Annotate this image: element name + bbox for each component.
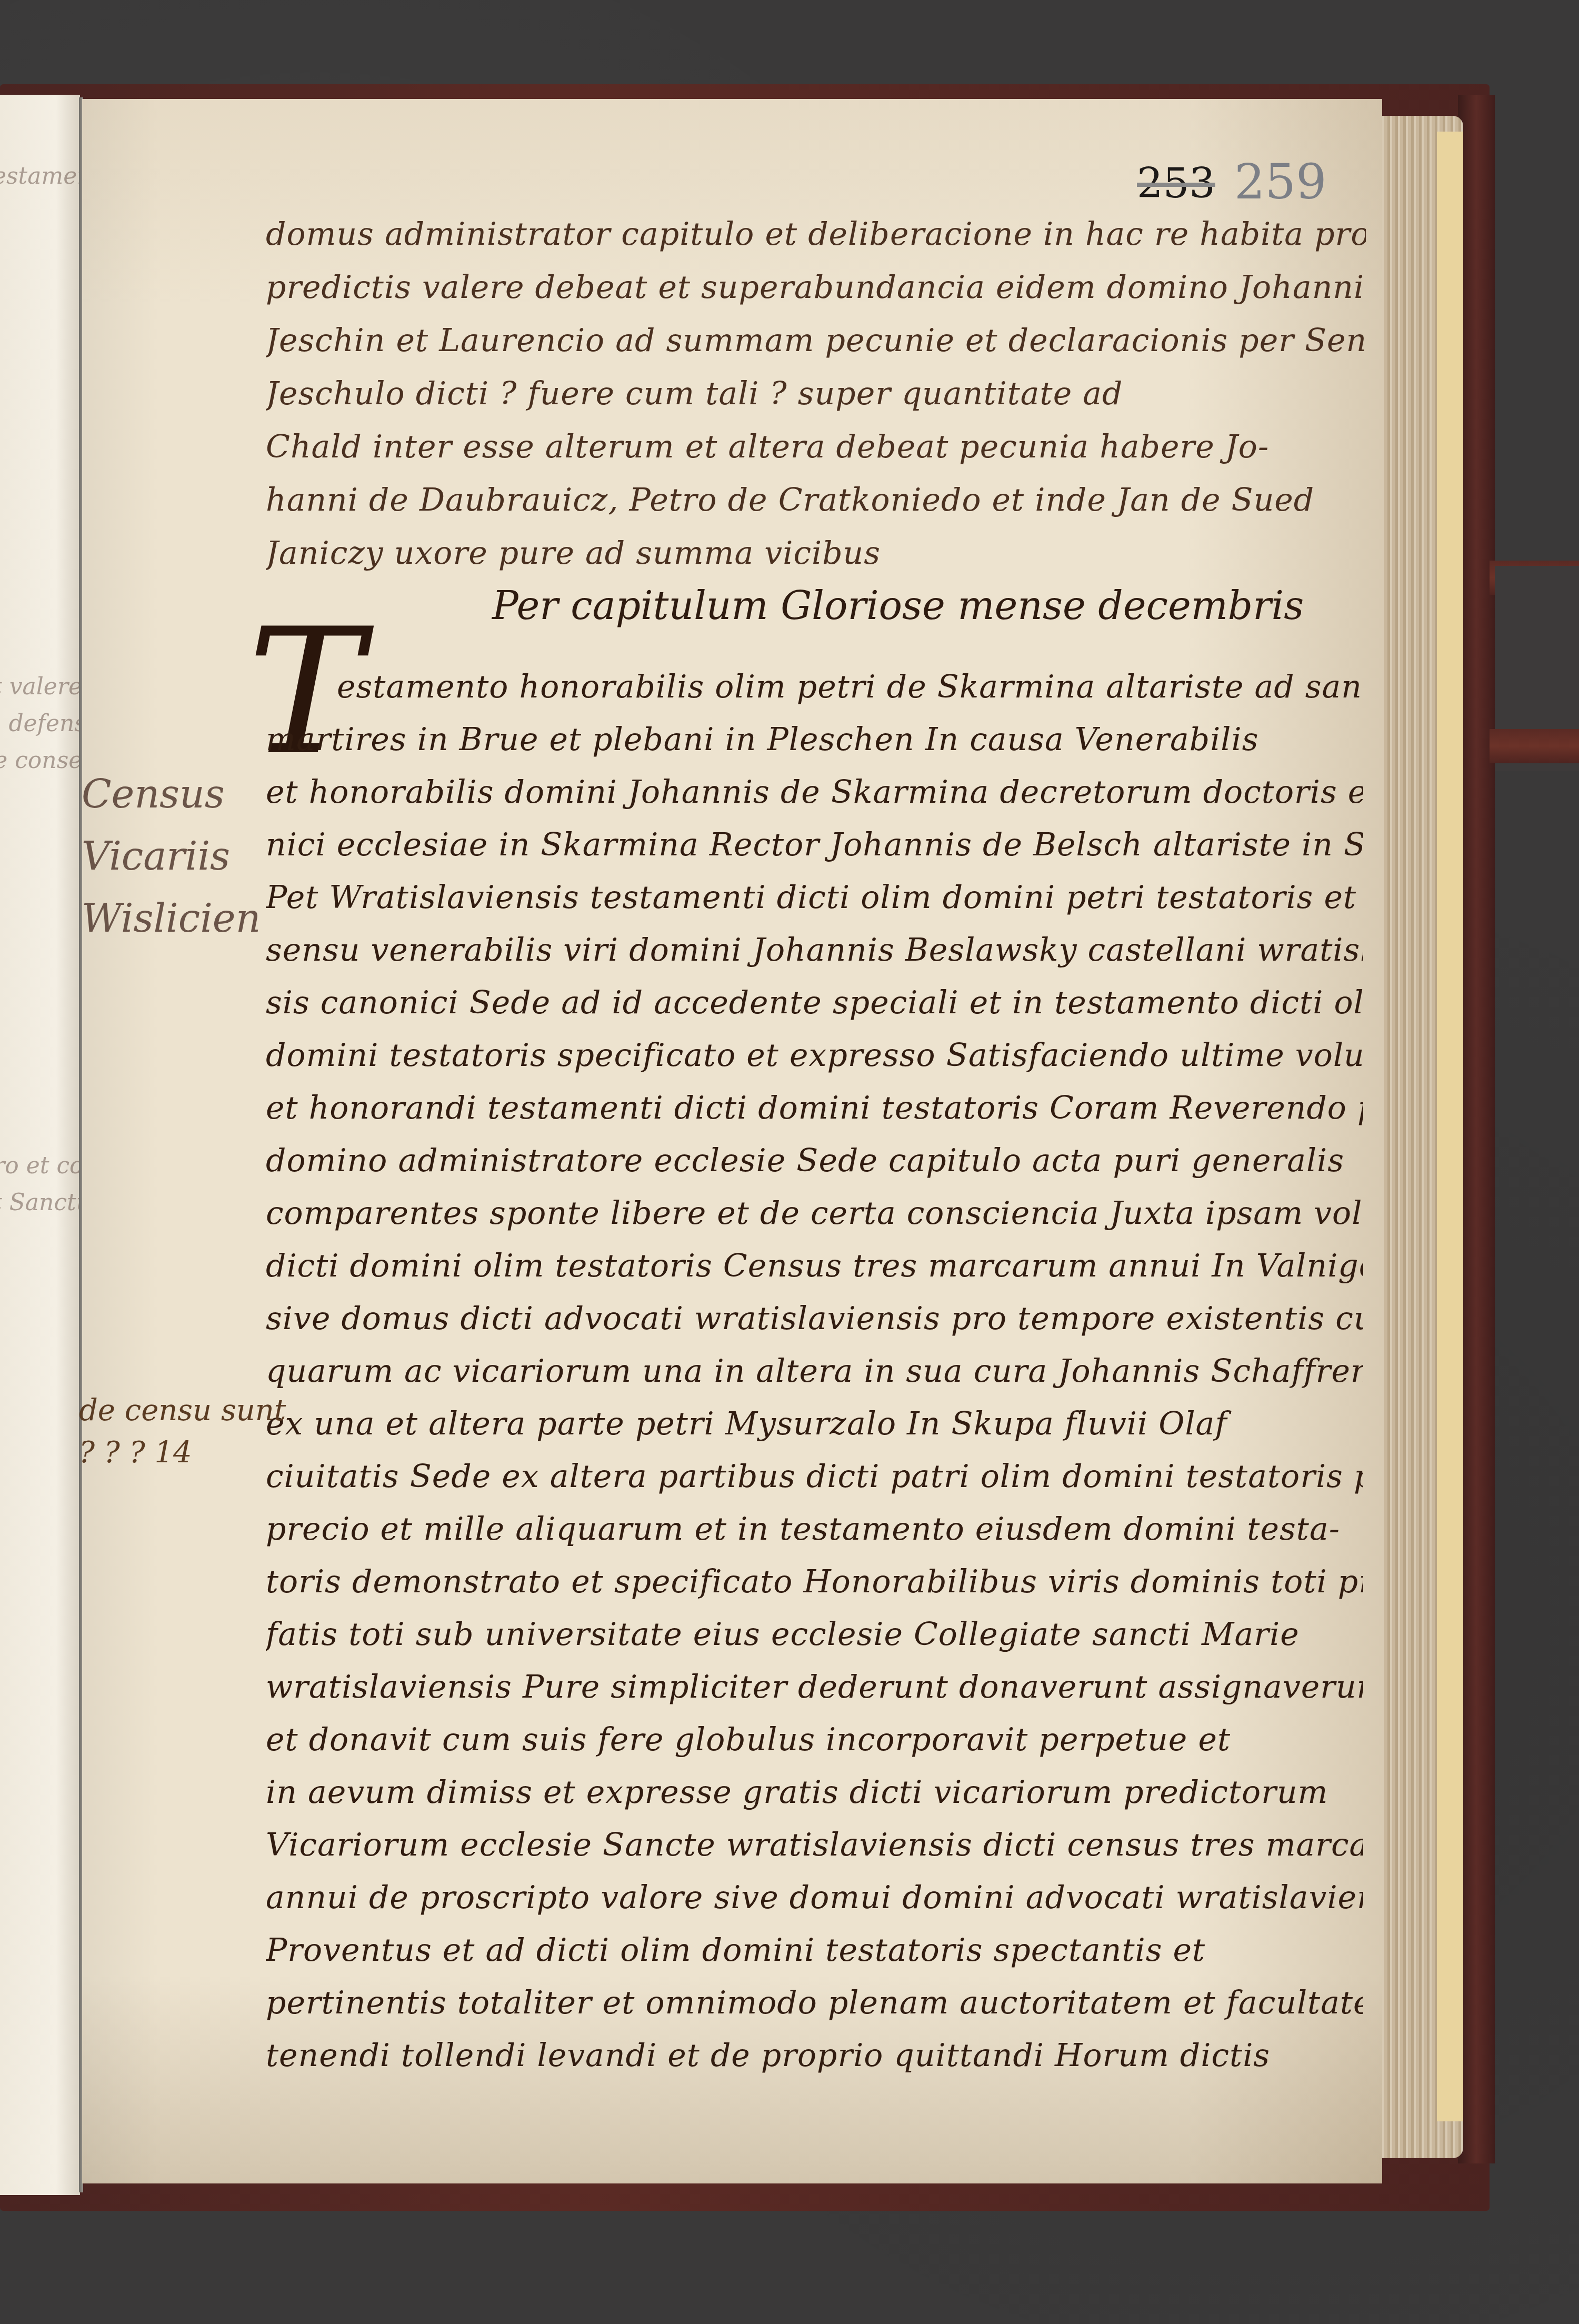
marginal-note-census: Census Vicariis Wislicien [82,763,261,950]
text-line: toris demonstrato et specificato Honorab… [266,1555,1363,1608]
text-line: sensu venerabilis viri domini Johannis B… [266,924,1363,976]
facing-page-text: Testamentum et valere in defensione de c… [0,158,80,1221]
clasp-strap-lower [1490,729,1579,763]
facing-line: pro et condicione [0,1148,80,1184]
section-heading: Per capitulum Gloriose mense decembris [492,583,1304,629]
text-line: wratislaviensis Pure simpliciter dederun… [266,1661,1363,1713]
endpaper-edge [1437,132,1463,2121]
text-line: domini testatoris specificato et express… [266,1029,1363,1082]
marginal-note-lower: de censu sunt ? ? ? 14 [79,1390,286,1474]
facing-line: Testamentum [0,158,80,195]
text-line: ciuitatis Sede ex altera partibus dicti … [266,1450,1363,1503]
text-line: nici ecclesiae in Skarmina Rector Johann… [266,819,1363,871]
text-line: fatis toti sub universitate eius ecclesi… [266,1608,1363,1661]
facing-line: in defensione [0,705,80,742]
text-line: Proventus et ad dicti olim domini testat… [266,1924,1363,1977]
text-line: ex una et altera parte petri Mysurzalo I… [266,1398,1363,1450]
folio-number-current: 259 [1234,158,1327,206]
text-line: et honorabilis domini Johannis de Skarmi… [266,766,1363,819]
text-line: pertinentis totaliter et omnimodo plenam… [266,1977,1363,2029]
binding-spine-edge [1458,95,1495,2163]
marginal-line: de censu sunt [79,1390,286,1432]
text-line: tenendi tollendi levandi et de proprio q… [266,2029,1363,2082]
facing-page: Testamentum et valere in defensione de c… [0,95,80,2195]
text-line: quarum ac vicariorum una in altera in su… [266,1345,1363,1398]
facing-line: et Sanctum [0,1184,80,1221]
facing-line: et valere [0,669,80,705]
text-line: hanni de Daubrauicz, Petro de Cratkonied… [266,474,1366,527]
text-line: Jeschin et Laurencio ad summam pecunie e… [266,314,1366,367]
marginal-line: Census [82,763,261,825]
text-line: estamento honorabilis olim petri de Skar… [337,661,1363,713]
facing-line: de consensu [0,742,80,779]
marginal-line: Vicariis [82,825,261,887]
text-line: martires in Brue et plebani in Pleschen … [266,713,1363,766]
marginal-line: ? ? ? 14 [79,1432,286,1474]
text-line: Vicariorum ecclesie Sancte wratislaviens… [266,1819,1363,1871]
text-line: Janiczy uxore pure ad summa vicibus [266,527,1366,580]
text-line: domino administratore ecclesie Sede capi… [266,1134,1363,1187]
text-line: Pet Wratislaviensis testamenti dicti oli… [266,871,1363,924]
top-paragraph: domus administrator capitulo et delibera… [266,208,1366,580]
body-paragraph: estamento honorabilis olim petri de Skar… [337,661,1363,2082]
text-line: Chald inter esse alterum et altera debea… [266,421,1366,474]
text-line: in aevum dimiss et expresse gratis dicti… [266,1766,1363,1819]
text-line: comparentes sponte libere et de certa co… [266,1187,1363,1240]
text-line: et donavit cum suis fere globulus incorp… [266,1713,1363,1766]
text-line: Jeschulo dicti ? fuere cum tali ? super … [266,367,1366,421]
text-line: annui de proscripto valore sive domui do… [266,1871,1363,1924]
text-line: domus administrator capitulo et delibera… [266,208,1366,261]
text-line: et honorandi testamenti dicti domini tes… [266,1082,1363,1134]
text-line: sive domus dicti advocati wratislaviensi… [266,1292,1363,1345]
text-line: sis canonici Sede ad id accedente specia… [266,976,1363,1029]
text-line: predictis valere debeat et superabundanc… [266,261,1366,314]
marginal-line: Wislicien [82,887,261,950]
folio-number-old: 253 [1137,163,1215,204]
text-line: dicti domini olim testatoris Census tres… [266,1240,1363,1292]
text-line: precio et mille aliquarum et in testamen… [266,1503,1363,1555]
